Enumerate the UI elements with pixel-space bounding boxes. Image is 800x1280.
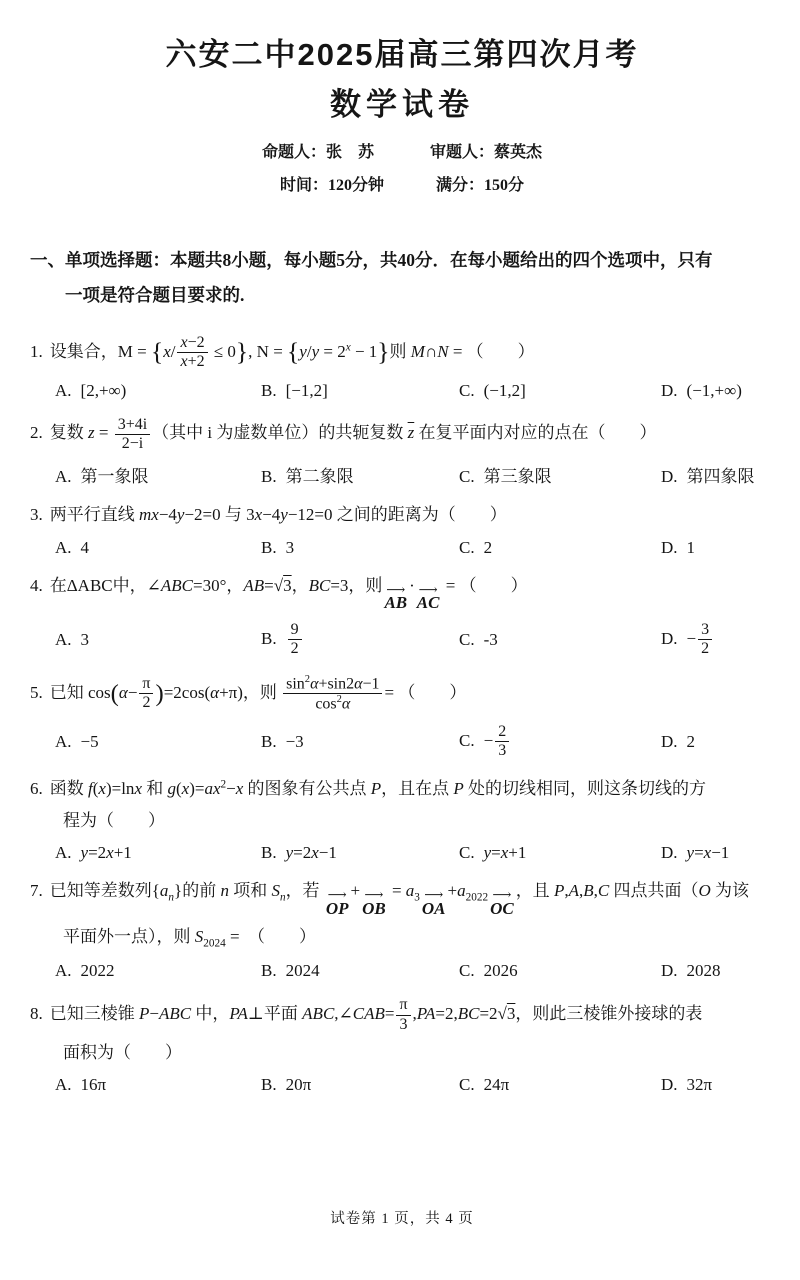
- option-label: D.: [661, 381, 678, 400]
- question-stem: 已知 cos(α−π2)=2cos(α+π)，则 sin2α+sin2α−1co…: [50, 683, 467, 702]
- question-stem: 已知三棱锥 P−ABC 中，PA⊥平面 ABC,∠CAB=π3,PA=2,BC=…: [50, 1004, 703, 1023]
- question-4: 4.在ΔABC中，∠ABC=30°，AB=√3，BC=3，则⟶AB·⟶AC = …: [30, 573, 774, 659]
- question-options: A.4 B.3 C.2 D.1: [30, 538, 774, 558]
- question-number: 6.: [30, 776, 43, 802]
- question-stem-line: 5.已知 cos(α−π2)=2cos(α+π)，则 sin2α+sin2α−1…: [30, 674, 774, 714]
- question-stem: 已知等差数列{an}的前 n 项和 Sn，若 ⟶OP+⟶OB = a3⟶OA+a…: [50, 881, 749, 900]
- option-D: D.2: [661, 732, 774, 752]
- option-label: B.: [261, 732, 277, 751]
- question-number: 2.: [30, 420, 43, 446]
- option-label: C.: [459, 843, 475, 862]
- option-value: y=x−1: [687, 843, 730, 862]
- option-value: y=x+1: [484, 843, 527, 862]
- option-C: C.第三象限: [459, 462, 661, 487]
- exam-info: 时间：120分钟 满分：150分: [30, 172, 774, 195]
- option-label: B.: [261, 538, 277, 557]
- option-B: B.2024: [261, 961, 459, 981]
- option-value: −32: [687, 629, 715, 648]
- question-stem-cont: 平面外一点），则 S2024 = （ ）: [30, 924, 774, 953]
- option-value: 第四象限: [687, 467, 755, 486]
- exam-authors: 命题人：张 苏 审题人：蔡英杰: [30, 139, 774, 162]
- option-label: C.: [459, 961, 475, 980]
- option-label: D.: [661, 843, 678, 862]
- question-options: A.[2,+∞) B.[−1,2] C.(−1,2] D.(−1,+∞): [30, 381, 774, 401]
- option-value: −5: [81, 732, 99, 751]
- option-label: A.: [55, 732, 72, 751]
- option-label: C.: [459, 1075, 475, 1094]
- question-6: 6.函数 f(x)=lnx 和 g(x)=ax2−x 的图象有公共点 P，且在点…: [30, 776, 774, 864]
- option-label: B.: [261, 961, 277, 980]
- option-value: y=2x−1: [286, 843, 337, 862]
- question-7: 7.已知等差数列{an}的前 n 项和 Sn，若 ⟶OP+⟶OB = a3⟶OA…: [30, 878, 774, 981]
- reviewer-label: 审题人：蔡英杰: [430, 144, 542, 161]
- question-number: 8.: [30, 1001, 43, 1027]
- question-number: 1.: [30, 339, 43, 365]
- option-C: C.−23: [459, 723, 661, 761]
- option-value: -3: [484, 630, 498, 649]
- option-C: C.2: [459, 538, 661, 558]
- time-label: 时间：120分钟: [280, 177, 384, 194]
- option-value: (−1,+∞): [687, 381, 742, 400]
- section-line-2: 一项是符合题目要求的.: [30, 278, 774, 313]
- question-options: A.16π B.20π C.24π D.32π: [30, 1075, 774, 1095]
- option-D: D.−32: [661, 621, 774, 659]
- option-value: 2024: [286, 961, 320, 980]
- question-stem-line: 3.两平行直线 mx−4y−2=0 与 3x−4y−12=0 之间的距离为（ ）: [30, 502, 774, 528]
- option-label: C.: [459, 381, 475, 400]
- option-value: 第二象限: [286, 467, 354, 486]
- option-label: B.: [261, 1075, 277, 1094]
- score-label: 满分：150分: [436, 177, 524, 194]
- option-label: A.: [55, 961, 72, 980]
- option-value: 2: [484, 538, 493, 557]
- option-label: B.: [261, 843, 277, 862]
- question-number: 3.: [30, 502, 43, 528]
- question-2: 2.复数 z = 3+4i2−i（其中 i 为虚数单位）的共轭复数 z 在复平面…: [30, 416, 774, 488]
- question-stem: 设集合，M = {x/x−2x+2 ≤ 0}, N = {y/y = 2x − …: [50, 342, 535, 361]
- option-value: 20π: [286, 1075, 312, 1094]
- option-C: C.y=x+1: [459, 843, 661, 863]
- option-label: A.: [55, 467, 72, 486]
- question-stem-line: 4.在ΔABC中，∠ABC=30°，AB=√3，BC=3，则⟶AB·⟶AC = …: [30, 573, 774, 612]
- option-value: y=2x+1: [81, 843, 132, 862]
- option-B: B.第二象限: [261, 462, 459, 487]
- option-B: B.92: [261, 621, 459, 659]
- option-label: D.: [661, 467, 678, 486]
- question-stem: 函数 f(x)=lnx 和 g(x)=ax2−x 的图象有公共点 P，且在点 P…: [50, 779, 706, 798]
- option-value: 3: [81, 630, 90, 649]
- page-footer: 试卷第 1 页，共 4 页: [30, 1207, 774, 1280]
- option-D: D.32π: [661, 1075, 774, 1095]
- question-number: 4.: [30, 573, 43, 599]
- option-label: A.: [55, 381, 72, 400]
- question-options: A.y=2x+1 B.y=2x−1 C.y=x+1 D.y=x−1: [30, 843, 774, 863]
- questions: 1.设集合，M = {x/x−2x+2 ≤ 0}, N = {y/y = 2x …: [30, 319, 774, 1096]
- option-B: B.−3: [261, 732, 459, 752]
- option-value: 2: [687, 732, 696, 751]
- option-value: 16π: [81, 1075, 107, 1094]
- option-value: 1: [687, 538, 696, 557]
- question-options: A.−5 B.−3 C.−23 D.2: [30, 723, 774, 761]
- option-value: 第一象限: [81, 467, 149, 486]
- option-label: C.: [459, 538, 475, 557]
- option-value: 2022: [81, 961, 115, 980]
- option-label: C.: [459, 467, 475, 486]
- option-value: (−1,2]: [484, 381, 526, 400]
- option-A: A.y=2x+1: [55, 843, 261, 863]
- option-C: C.2026: [459, 961, 661, 981]
- question-options: A.3 B.92 C.-3 D.−32: [30, 621, 774, 659]
- option-label: B.: [261, 381, 277, 400]
- option-A: A.2022: [55, 961, 261, 981]
- option-label: D.: [661, 1075, 678, 1094]
- option-label: B.: [261, 629, 277, 648]
- option-A: A.16π: [55, 1075, 261, 1095]
- option-value: 2028: [687, 961, 721, 980]
- option-A: A.4: [55, 538, 261, 558]
- question-number: 5.: [30, 680, 43, 706]
- option-label: A.: [55, 630, 72, 649]
- exam-page: 六安二中2025届高三第四次月考 数学试卷 命题人：张 苏 审题人：蔡英杰 时间…: [0, 0, 800, 1280]
- option-label: A.: [55, 1075, 72, 1094]
- question-stem-line: 6.函数 f(x)=lnx 和 g(x)=ax2−x 的图象有公共点 P，且在点…: [30, 776, 774, 802]
- question-options: A.第一象限 B.第二象限 C.第三象限 D.第四象限: [30, 462, 774, 487]
- question-stem-line: 2.复数 z = 3+4i2−i（其中 i 为虚数单位）的共轭复数 z 在复平面…: [30, 416, 774, 454]
- option-C: C.(−1,2]: [459, 381, 661, 401]
- option-A: A.3: [55, 630, 261, 650]
- option-A: A.第一象限: [55, 462, 261, 487]
- option-value: [2,+∞): [81, 381, 127, 400]
- option-label: D.: [661, 732, 678, 751]
- question-8: 8.已知三棱锥 P−ABC 中，PA⊥平面 ABC,∠CAB=π3,PA=2,B…: [30, 996, 774, 1095]
- option-D: D.y=x−1: [661, 843, 774, 863]
- option-A: A.−5: [55, 732, 261, 752]
- option-value: 2026: [484, 961, 518, 980]
- option-label: D.: [661, 961, 678, 980]
- option-D: D.1: [661, 538, 774, 558]
- question-stem-line: 7.已知等差数列{an}的前 n 项和 Sn，若 ⟶OP+⟶OB = a3⟶OA…: [30, 878, 774, 917]
- option-label: A.: [55, 843, 72, 862]
- option-value: −23: [484, 731, 512, 750]
- question-options: A.2022 B.2024 C.2026 D.2028: [30, 961, 774, 981]
- option-B: B.[−1,2]: [261, 381, 459, 401]
- question-5: 5.已知 cos(α−π2)=2cos(α+π)，则 sin2α+sin2α−1…: [30, 674, 774, 761]
- option-D: D.(−1,+∞): [661, 381, 774, 401]
- option-D: D.第四象限: [661, 462, 774, 487]
- section-heading: 一、单项选择题：本题共8小题，每小题5分，共40分．在每小题给出的四个选项中，只…: [30, 243, 774, 313]
- question-stem: 两平行直线 mx−4y−2=0 与 3x−4y−12=0 之间的距离为（ ）: [50, 505, 507, 524]
- option-D: D.2028: [661, 961, 774, 981]
- option-A: A.[2,+∞): [55, 381, 261, 401]
- section-line-1: 一、单项选择题：本题共8小题，每小题5分，共40分．在每小题给出的四个选项中，只…: [30, 243, 774, 278]
- option-label: A.: [55, 538, 72, 557]
- question-stem-line: 8.已知三棱锥 P−ABC 中，PA⊥平面 ABC,∠CAB=π3,PA=2,B…: [30, 996, 774, 1034]
- option-B: B.y=2x−1: [261, 843, 459, 863]
- option-C: C.-3: [459, 630, 661, 650]
- option-B: B.20π: [261, 1075, 459, 1095]
- option-value: 24π: [484, 1075, 510, 1094]
- exam-title: 六安二中2025届高三第四次月考: [30, 36, 774, 75]
- option-C: C.24π: [459, 1075, 661, 1095]
- option-value: 第三象限: [484, 467, 552, 486]
- question-number: 7.: [30, 878, 43, 904]
- option-value: −3: [286, 732, 304, 751]
- question-1: 1.设集合，M = {x/x−2x+2 ≤ 0}, N = {y/y = 2x …: [30, 334, 774, 401]
- question-stem-line: 1.设集合，M = {x/x−2x+2 ≤ 0}, N = {y/y = 2x …: [30, 334, 774, 372]
- option-label: D.: [661, 538, 678, 557]
- option-value: 32π: [687, 1075, 713, 1094]
- question-3: 3.两平行直线 mx−4y−2=0 与 3x−4y−12=0 之间的距离为（ ）…: [30, 502, 774, 557]
- question-stem-cont: 程为（ ）: [30, 808, 774, 834]
- option-label: B.: [261, 467, 277, 486]
- exam-header: 六安二中2025届高三第四次月考 数学试卷 命题人：张 苏 审题人：蔡英杰 时间…: [30, 36, 774, 195]
- option-value: 92: [286, 629, 304, 648]
- question-stem: 在ΔABC中，∠ABC=30°，AB=√3，BC=3，则⟶AB·⟶AC = （ …: [50, 576, 528, 595]
- exam-subtitle: 数学试卷: [30, 79, 774, 124]
- question-stem-cont: 面积为（ ）: [30, 1040, 774, 1066]
- option-value: 3: [286, 538, 295, 557]
- option-label: C.: [459, 630, 475, 649]
- option-B: B.3: [261, 538, 459, 558]
- proposer-label: 命题人：张 苏: [262, 144, 374, 161]
- option-value: 4: [81, 538, 90, 557]
- option-value: [−1,2]: [286, 381, 328, 400]
- option-label: C.: [459, 731, 475, 750]
- option-label: D.: [661, 629, 678, 648]
- question-stem: 复数 z = 3+4i2−i（其中 i 为虚数单位）的共轭复数 z 在复平面内对…: [50, 423, 657, 442]
